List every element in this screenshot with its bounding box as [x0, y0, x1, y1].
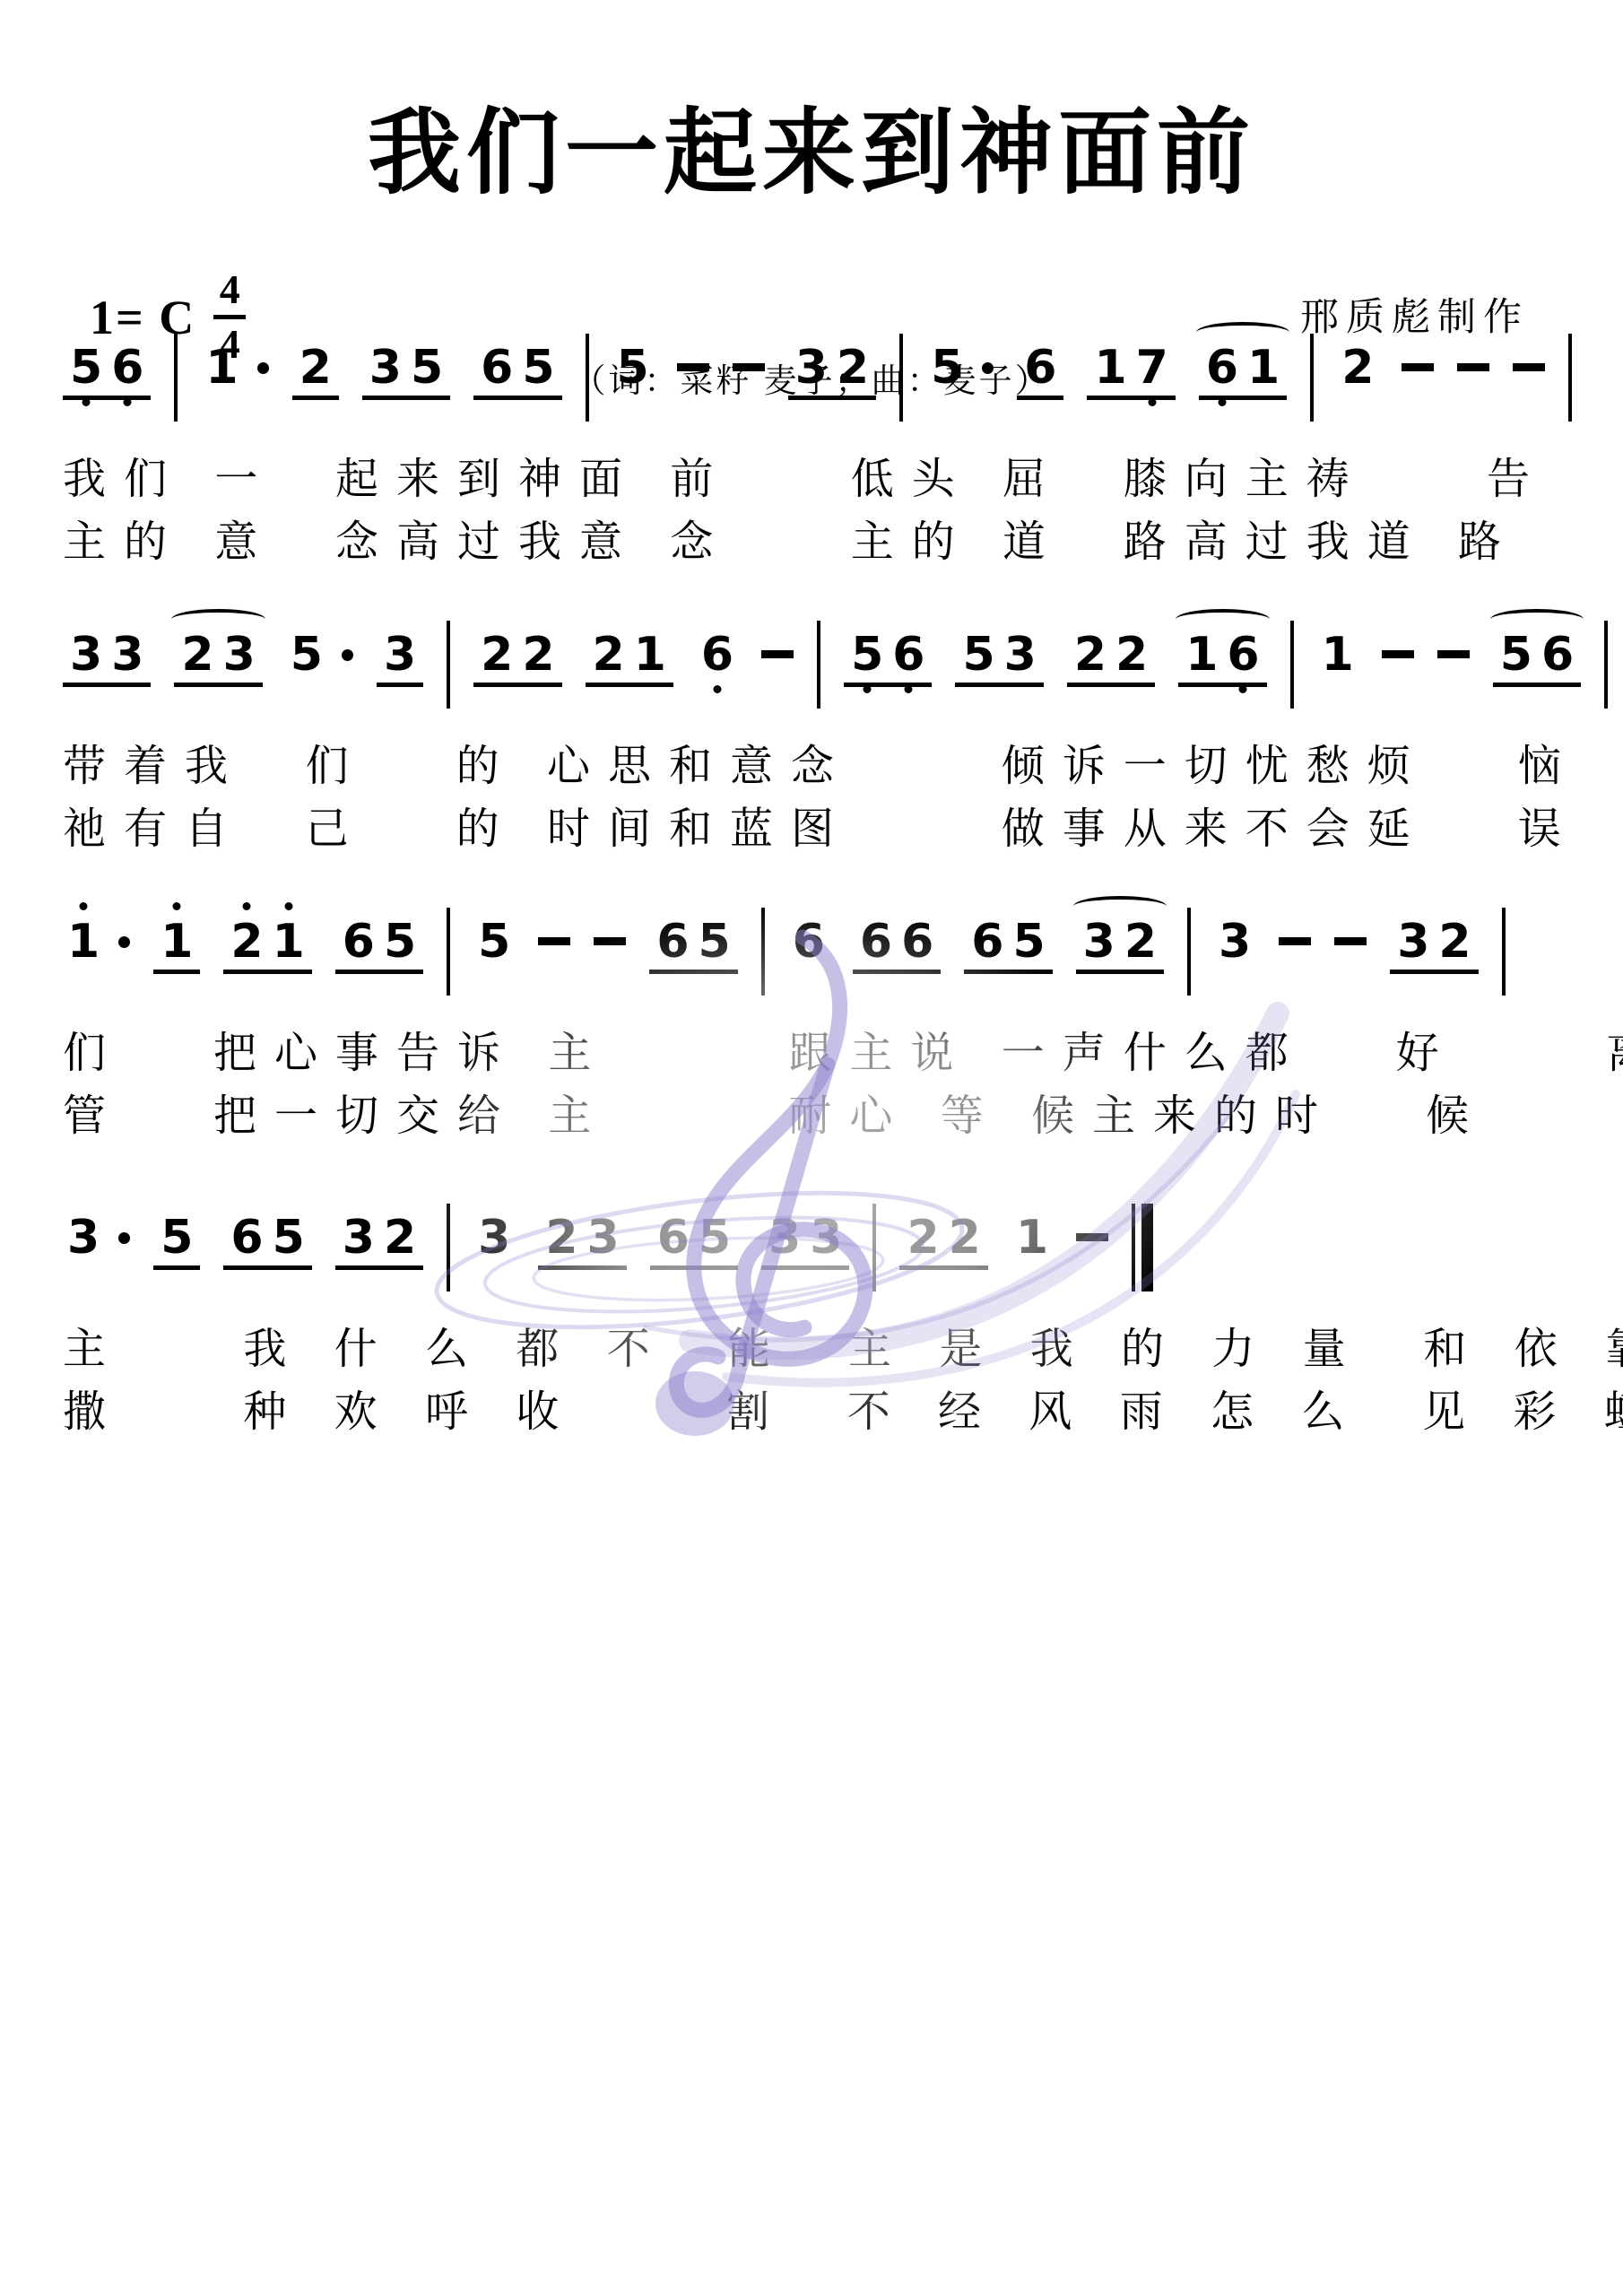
note-digit: 5 [699, 918, 731, 965]
note-digit: 6 [1541, 631, 1574, 678]
note-group: 3 [377, 631, 423, 687]
barline [1604, 621, 1608, 709]
octave-dot-above [243, 902, 251, 910]
note-digit: 6 [1024, 344, 1056, 391]
note-group: 17 [1087, 344, 1175, 400]
duration-dash [761, 650, 794, 658]
note-digit: 2 [1438, 918, 1471, 965]
note-group: 65 [649, 918, 737, 974]
note-digit: 2 [545, 1214, 577, 1261]
barline [586, 334, 589, 422]
barline [817, 621, 820, 709]
duration-dash [538, 937, 570, 945]
note-digit: 5 [962, 631, 994, 678]
note-digit: 2 [1341, 344, 1374, 391]
note-digit: 1 [634, 631, 666, 678]
note-digit: 2 [837, 344, 869, 391]
barline [447, 1204, 450, 1291]
note-digit: 3 [1397, 918, 1429, 965]
barline [1502, 908, 1506, 996]
note-digit: 6 [901, 918, 933, 965]
note-digit: 6 [656, 918, 689, 965]
note-group: 65 [964, 918, 1052, 974]
note-group: 65 [223, 1214, 311, 1270]
slur-arc [1490, 609, 1584, 630]
slur-arc [1073, 896, 1167, 917]
duration-dash [677, 363, 709, 371]
slur-arc [1176, 609, 1269, 630]
duration-dash [1334, 937, 1367, 945]
barline [761, 908, 765, 996]
octave-dot-below [82, 398, 91, 406]
note-digit: 5 [291, 631, 323, 678]
barline [1568, 334, 1572, 422]
note-digit: 2 [1124, 918, 1157, 965]
note-digit: 5 [384, 918, 416, 965]
note-digit: 1 [1322, 631, 1354, 678]
note-digit: 5 [931, 344, 963, 391]
note-digit: 2 [522, 631, 554, 678]
note-digit: 1 [1247, 344, 1280, 391]
note-group: 65 [335, 918, 423, 974]
note: 3 [1214, 918, 1255, 965]
note-digit: 6 [1206, 344, 1238, 391]
note-digit: 5 [1500, 631, 1532, 678]
lyric-verse-2: 祂有自 己 的 时间和蓝图 做事从来不会延 误 只 [56, 798, 1585, 861]
duration-dash [594, 937, 626, 945]
note-digit: 3 [810, 1214, 842, 1261]
note-digit: 1 [1094, 344, 1126, 391]
note-group: 22 [1067, 631, 1155, 687]
note-digit: 5 [617, 344, 649, 391]
note-line: 3323532221656532216156 [56, 608, 1585, 735]
note-digit: 1 [1016, 1214, 1048, 1261]
note-digit: 2 [230, 918, 263, 965]
note-digit: 2 [949, 1214, 981, 1261]
augmentation-dot [342, 649, 353, 661]
note-digit: 1 [161, 918, 193, 965]
note: 5 [612, 344, 654, 391]
note-digit: 3 [223, 631, 256, 678]
octave-dot-below [864, 685, 872, 693]
time-numerator: 4 [220, 269, 240, 310]
duration-dash [1437, 650, 1470, 658]
augmentation-dot [118, 1232, 130, 1244]
note-digit: 3 [1004, 631, 1037, 678]
note-line: 3565323236533221 [56, 1191, 1585, 1318]
note-digit: 2 [181, 631, 213, 678]
song-title: 我们一起来到神面前 [0, 77, 1623, 212]
note: 1 [63, 918, 130, 965]
note-digit: 3 [1219, 918, 1251, 965]
note-digit: 6 [481, 344, 513, 391]
note-digit: 1 [205, 344, 238, 391]
note: 6 [788, 918, 829, 965]
lyric-verse-1: 主 我 什 么 都 不 能 主 是 我 的 力 量 和 依 靠 [56, 1318, 1585, 1381]
note-digit: 2 [1074, 631, 1107, 678]
note-digit: 2 [907, 1214, 939, 1261]
note-group: 56 [63, 344, 151, 400]
barline-stroke [1141, 1204, 1153, 1291]
note-group: 23 [538, 1214, 626, 1270]
duration-dash [1457, 363, 1489, 371]
note: 1 [1317, 631, 1358, 678]
slur-arc [171, 609, 265, 630]
note-group: 32 [335, 1214, 423, 1270]
sheet-music-page: 我们一起来到神面前 1= C 4 4 （词：菜籽 麦子；曲：麦子） 邢质彪制作 … [0, 0, 1623, 2296]
score-system-4: 3565323236533221 主 我 什 么 都 不 能 主 是 我 的 力… [56, 1191, 1585, 1443]
lyric-verse-2: 主的 意 念高过我意 念 主的 道 路高过我道 路 [56, 511, 1585, 574]
final-barline [1132, 1204, 1153, 1291]
note-digit: 2 [299, 344, 332, 391]
note-digit: 1 [273, 918, 305, 965]
lyric-verse-1: 们 把心事告诉 主 跟主说 一声什么都 好 离开 [56, 1022, 1585, 1085]
note-group: 16 [1178, 631, 1266, 687]
note-digit: 2 [481, 631, 513, 678]
note: 1 [201, 344, 268, 391]
note-digit: 6 [657, 1214, 690, 1261]
octave-dot-below [1239, 685, 1247, 693]
duration-dash [733, 363, 765, 371]
note-group: 33 [63, 631, 151, 687]
note-digit: 3 [343, 1214, 375, 1261]
note-digit: 5 [1012, 918, 1045, 965]
note-group: 21 [223, 918, 311, 974]
note-digit: 1 [67, 918, 100, 965]
octave-dot-below [905, 685, 913, 693]
note-digit: 6 [111, 344, 143, 391]
duration-dash [1076, 1233, 1108, 1241]
note-group: 66 [853, 918, 941, 974]
note-group: 23 [174, 631, 262, 687]
note-digit: 6 [230, 1214, 263, 1261]
note-group: 53 [955, 631, 1043, 687]
barline-stroke [1132, 1204, 1135, 1291]
note-digit: 6 [793, 918, 825, 965]
note: 3 [63, 1214, 130, 1261]
barline [447, 908, 450, 996]
note: 3 [473, 1214, 515, 1261]
note: 6 [697, 631, 738, 678]
note-digit: 3 [384, 631, 416, 678]
score-system-2: 3323532221656532216156 带着我 们 的 心思和意念 倾诉一… [56, 608, 1585, 860]
slur-arc [1196, 322, 1289, 343]
note-digit: 5 [478, 918, 510, 965]
note-digit: 3 [70, 631, 102, 678]
note-digit: 5 [851, 631, 883, 678]
augmentation-dot [257, 362, 269, 374]
note: 5 [286, 631, 353, 678]
barline [899, 334, 903, 422]
note-digit: 5 [411, 344, 443, 391]
note-digit: 6 [860, 918, 892, 965]
note-digit: 3 [111, 631, 143, 678]
note-line: 561235655325617612 [56, 321, 1585, 448]
note: 5 [473, 918, 515, 965]
note-group: 32 [788, 344, 876, 400]
note-digit: 7 [1136, 344, 1168, 391]
lyric-verse-1: 带着我 们 的 心思和意念 倾诉一切忧愁烦 恼 我 [56, 735, 1585, 798]
lyric-verse-1: 我们 一 起来到神面 前 低头 屈 膝向主祷 告 [56, 448, 1585, 511]
note-group: 6 [1017, 344, 1063, 400]
note-group: 56 [1493, 631, 1581, 687]
lyric-verse-2: 管 把一切交给 主 耐心 等 候主来的时 候 流泪 [56, 1085, 1585, 1148]
note: 5 [926, 344, 994, 391]
note-digit: 5 [699, 1214, 731, 1261]
note-digit: 3 [1083, 918, 1115, 965]
note-digit: 5 [70, 344, 102, 391]
note-group: 5 [153, 1214, 200, 1270]
note: 1 [1011, 1214, 1053, 1261]
note-group: 65 [473, 344, 561, 400]
lyric-verse-2: 撒 种 欢 呼 收 割 不 经 风 雨 怎 么 见 彩 虹 [56, 1381, 1585, 1444]
note-group: 65 [650, 1214, 738, 1270]
note-digit: 6 [343, 918, 375, 965]
note-group: 2 [292, 344, 339, 400]
note-group: 56 [844, 631, 932, 687]
note-digit: 6 [701, 631, 733, 678]
note-line: 1121655656666532332 [56, 895, 1585, 1022]
fraction-bar [213, 315, 246, 319]
octave-dot-below [713, 685, 721, 693]
note-group: 1 [153, 918, 200, 974]
note-group: 32 [1076, 918, 1164, 974]
octave-dot-above [173, 902, 181, 910]
note-group: 61 [1199, 344, 1287, 400]
note-group: 32 [1390, 918, 1478, 974]
note-group: 35 [362, 344, 450, 400]
barline [174, 334, 178, 422]
duration-dash [1279, 937, 1311, 945]
octave-dot-below [1148, 398, 1156, 406]
score-system-3: 1121655656666532332 们 把心事告诉 主 跟主说 一声什么都 … [56, 895, 1585, 1147]
barline [447, 621, 450, 709]
barline [1310, 334, 1314, 422]
note-digit: 6 [892, 631, 924, 678]
barline [1290, 621, 1294, 709]
note-group: 33 [761, 1214, 849, 1270]
augmentation-dot [982, 362, 994, 374]
barline [872, 1204, 876, 1291]
duration-dash [1513, 363, 1545, 371]
note-group: 22 [473, 631, 561, 687]
note-digit: 3 [67, 1214, 100, 1261]
note-digit: 3 [369, 344, 402, 391]
note-digit: 2 [593, 631, 625, 678]
note-digit: 5 [161, 1214, 193, 1261]
note-digit: 2 [384, 1214, 416, 1261]
octave-dot-above [80, 902, 88, 910]
note: 2 [1337, 344, 1378, 391]
note-digit: 3 [587, 1214, 620, 1261]
duration-dash [1382, 650, 1414, 658]
augmentation-dot [118, 936, 130, 948]
octave-dot-below [1218, 398, 1226, 406]
note-digit: 3 [768, 1214, 801, 1261]
octave-dot-below [124, 398, 132, 406]
note-digit: 5 [522, 344, 554, 391]
octave-dot-above [284, 902, 292, 910]
note-digit: 5 [273, 1214, 305, 1261]
barline [1187, 908, 1191, 996]
note-digit: 3 [795, 344, 828, 391]
note-digit: 2 [1115, 631, 1148, 678]
duration-dash [1402, 363, 1434, 371]
note-group: 21 [586, 631, 673, 687]
note-digit: 1 [1185, 631, 1218, 678]
note-digit: 6 [971, 918, 1003, 965]
note-digit: 3 [478, 1214, 510, 1261]
note-digit: 6 [1227, 631, 1259, 678]
score-system-1: 561235655325617612 我们 一 起来到神面 前 低头 屈 膝向主… [56, 321, 1585, 573]
note-group: 22 [899, 1214, 987, 1270]
